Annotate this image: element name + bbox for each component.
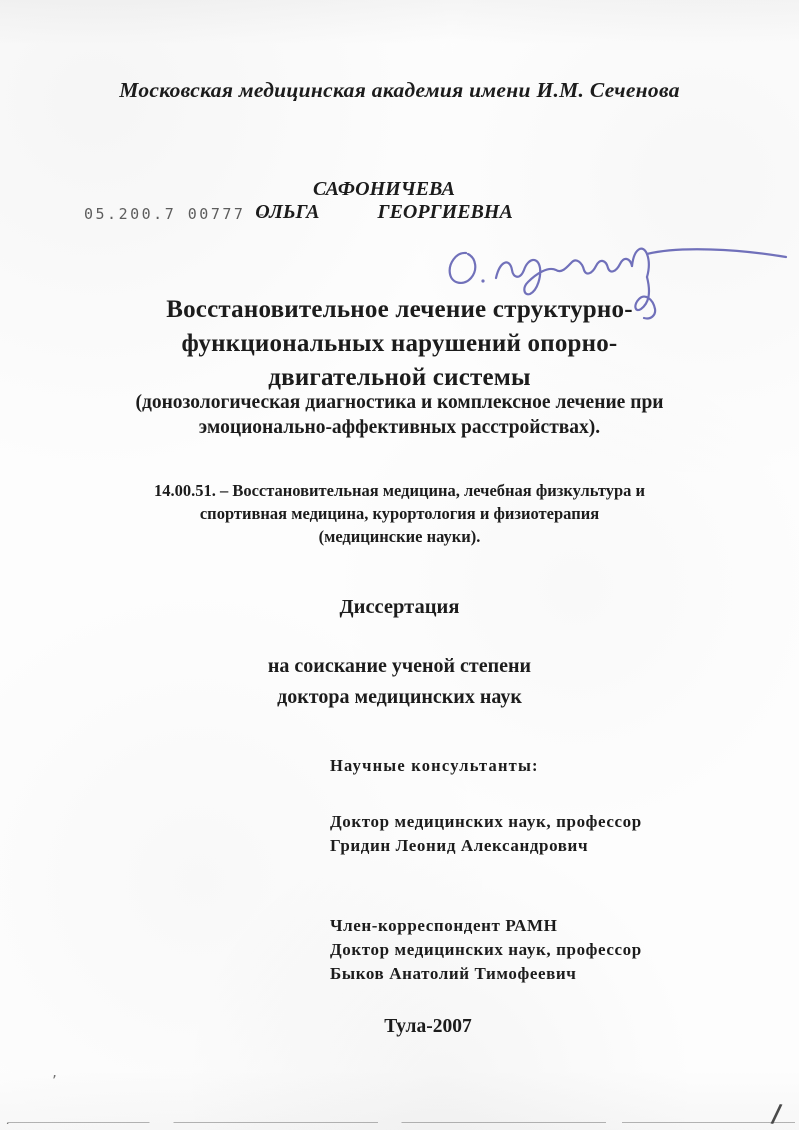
consultant-1: Доктор медицинских наук, профессор Гриди… (330, 810, 642, 858)
author-patronymic: ГЕОРГИЕВНА (377, 201, 512, 224)
specialty-line-1: 14.00.51. – Восстановительная медицина, … (0, 479, 799, 502)
author-first-name: ОЛЬГА (255, 201, 319, 224)
title-line-1: Восстановительное лечение структурно- (0, 293, 799, 327)
consultant-1-name: Гридин Леонид Александрович (330, 834, 642, 858)
consultant-2-degree: Доктор медицинских наук, профессор (330, 938, 642, 962)
dissertation-title: Восстановительное лечение структурно- фу… (0, 293, 799, 395)
author-surname: САФОНИЧЕВА (0, 178, 768, 201)
subtitle-line-2: эмоционально-аффективных расстройствах). (0, 415, 799, 440)
consultant-2-membership: Член-корреспондент РАМН (330, 914, 642, 938)
degree-line-2: доктора медицинских наук (0, 682, 799, 713)
scan-dot-artifact: . (6, 1112, 9, 1128)
title-line-2: функциональных нарушений опорно- (0, 327, 799, 361)
degree-block: на соискание ученой степени доктора меди… (0, 651, 799, 713)
consultant-1-degree: Доктор медицинских наук, профессор (330, 810, 642, 834)
scanned-dissertation-title-page: Московская медицинская академия имени И.… (0, 0, 799, 1130)
author-given-names: ОЛЬГА ГЕОРГИЕВНА (0, 201, 768, 224)
specialty-block: 14.00.51. – Восстановительная медицина, … (0, 479, 799, 548)
city-year: Тула-2007 (58, 1016, 798, 1038)
scan-slash-artifact: / (770, 1099, 783, 1129)
specialty-line-3: (медицинские науки). (0, 525, 799, 548)
subtitle-line-1: (донозологическая диагностика и комплекс… (0, 390, 799, 415)
consultant-2-name: Быков Анатолий Тимофеевич (330, 962, 642, 986)
academy-name: Московская медицинская академия имени И.… (0, 78, 799, 103)
dissertation-subtitle: (донозологическая диагностика и комплекс… (0, 390, 799, 440)
consultants-heading: Научные консультанты: (330, 756, 539, 776)
author-name-block: САФОНИЧЕВА ОЛЬГА ГЕОРГИЕВНА (0, 178, 768, 224)
degree-line-1: на соискание ученой степени (0, 651, 799, 682)
document-type: Диссертация (0, 596, 799, 619)
scan-bottom-edge-line (8, 1122, 795, 1123)
consultant-2: Член-корреспондент РАМН Доктор медицинск… (330, 914, 642, 986)
specialty-line-2: спортивная медицина, курортология и физи… (0, 502, 799, 525)
scan-tick-artifact: ’ (52, 1072, 57, 1090)
